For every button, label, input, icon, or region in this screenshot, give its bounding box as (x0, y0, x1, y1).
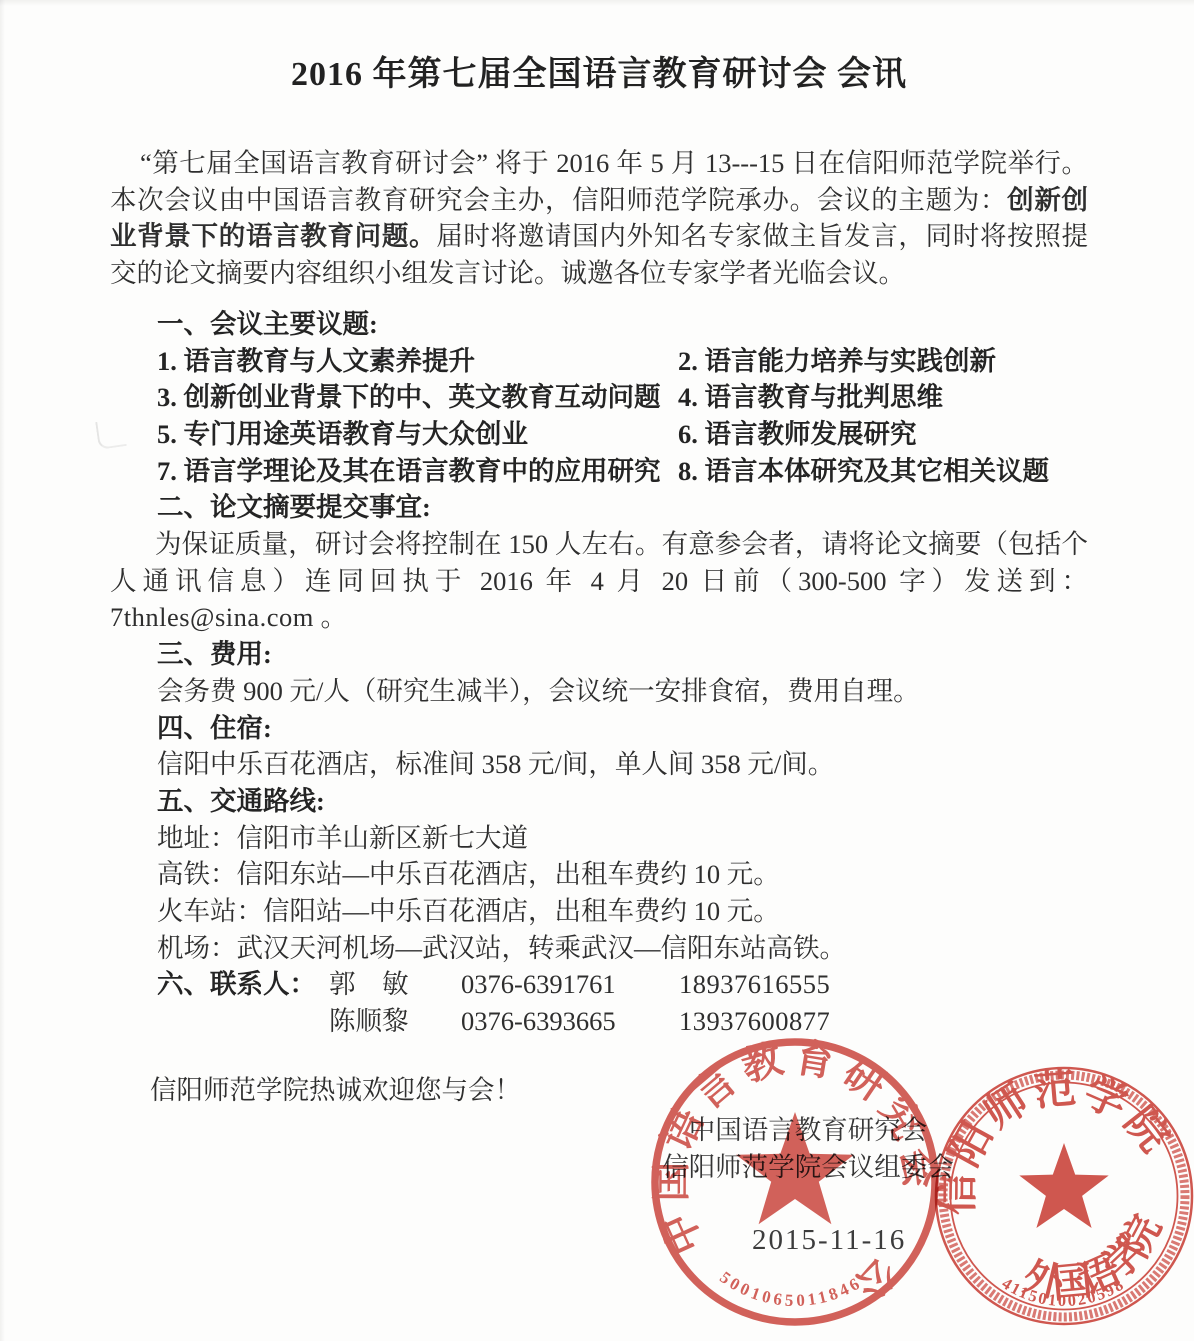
abstract-text-2: 。 (314, 602, 347, 632)
topic-item-3: 3. 创新创业背景下的中、英文教育互动问题 (157, 379, 678, 416)
transport-address-line: 地址：信阳市羊山新区新七大道 (157, 820, 1088, 857)
seal-serial-number: 5001065011846 (716, 1268, 863, 1310)
topic-item-7: 7. 语言学理论及其在语言教育中的应用研究 (157, 453, 678, 490)
section-topics-heading: 一、会议主要议题: (157, 306, 1088, 343)
topics-grid: 1. 语言教育与人文素养提升 2. 语言能力培养与实践创新 3. 创新创业背景下… (157, 343, 1088, 490)
contact-indent-spacer (157, 1003, 329, 1040)
transport-rail-line: 火车站：信阳站—中乐百花酒店，出租车费约 10 元。 (157, 893, 1088, 930)
hotel-line: 信阳中乐百花酒店，标准间 358 元/间，单人间 358 元/间。 (157, 746, 1088, 783)
document-page: 2016 年第七届全国语言教育研讨会 会讯 “第七届全国语言教育研讨会” 将于 … (0, 0, 1194, 1341)
section-abstract-heading: 二、论文摘要提交事宜: (157, 489, 1088, 526)
section-transport-heading: 五、交通路线: (157, 783, 1088, 820)
topic-item-6: 6. 语言教师发展研究 (678, 416, 1088, 453)
contact-mobile: 13937600877 (679, 1003, 830, 1040)
contact-row-1: 六、联系人： 郭 敏 0376-6391761 18937616555 (157, 966, 1088, 1003)
document-content: 2016 年第七届全国语言教育研讨会 会讯 “第七届全国语言教育研讨会” 将于 … (110, 46, 1088, 1109)
seal-star-icon (1019, 1143, 1108, 1228)
topic-item-4: 4. 语言教育与批判思维 (678, 379, 1088, 416)
contact-name: 陈顺黎 (329, 1003, 437, 1040)
intro-paragraph: “第七届全国语言教育研讨会” 将于 2016 年 5 月 13---15 日在信… (110, 145, 1088, 292)
university-seal-stamp: 信阳师范学院 外国语学院 4115010020598 (930, 1052, 1194, 1341)
topic-item-5: 5. 专门用途英语教育与大众创业 (157, 416, 678, 453)
association-seal-stamp: 中国语言教育研究会 公 5001065011846 (645, 1036, 945, 1336)
seal-star-icon (736, 1112, 854, 1224)
scan-artifact-mark (95, 418, 127, 450)
topic-item-1: 1. 语言教育与人文素养提升 (157, 343, 678, 380)
fee-line: 会务费 900 元/人（研究生减半），会议统一安排食宿，费用自理。 (157, 673, 1088, 710)
contact-row-2: 陈顺黎 0376-6393665 13937600877 (157, 1003, 1088, 1040)
email-address: 7thnles@sina.com (110, 602, 314, 632)
section-hotel-heading: 四、住宿: (157, 710, 1088, 747)
topic-item-8: 8. 语言本体研究及其它相关议题 (678, 453, 1088, 490)
contact-phone: 0376-6391761 (461, 966, 679, 1003)
contact-mobile: 18937616555 (679, 966, 830, 1003)
abstract-paragraph: 为保证质量，研讨会将控制在 150 人左右。有意参会者，请将论文摘要（包括个人通… (110, 526, 1088, 636)
transport-hsr-line: 高铁：信阳东站—中乐百花酒店，出租车费约 10 元。 (157, 856, 1088, 893)
topic-item-2: 2. 语言能力培养与实践创新 (678, 343, 1088, 380)
intro-text-1: “第七届全国语言教育研讨会” 将于 2016 年 5 月 13---15 日在信… (110, 148, 1088, 215)
section-fee-heading: 三、费用: (157, 636, 1088, 673)
contact-phone: 0376-6393665 (461, 1003, 679, 1040)
section-contacts-heading: 六、联系人： (157, 966, 329, 1003)
contact-name: 郭 敏 (329, 966, 437, 1003)
abstract-text-1: 为保证质量，研讨会将控制在 150 人左右。有意参会者，请将论文摘要（包括个人通… (110, 529, 1088, 596)
page-title: 2016 年第七届全国语言教育研讨会 会讯 (110, 46, 1088, 95)
transport-airport-line: 机场：武汉天河机场—武汉站，转乘武汉—信阳东站高铁。 (157, 930, 1088, 967)
